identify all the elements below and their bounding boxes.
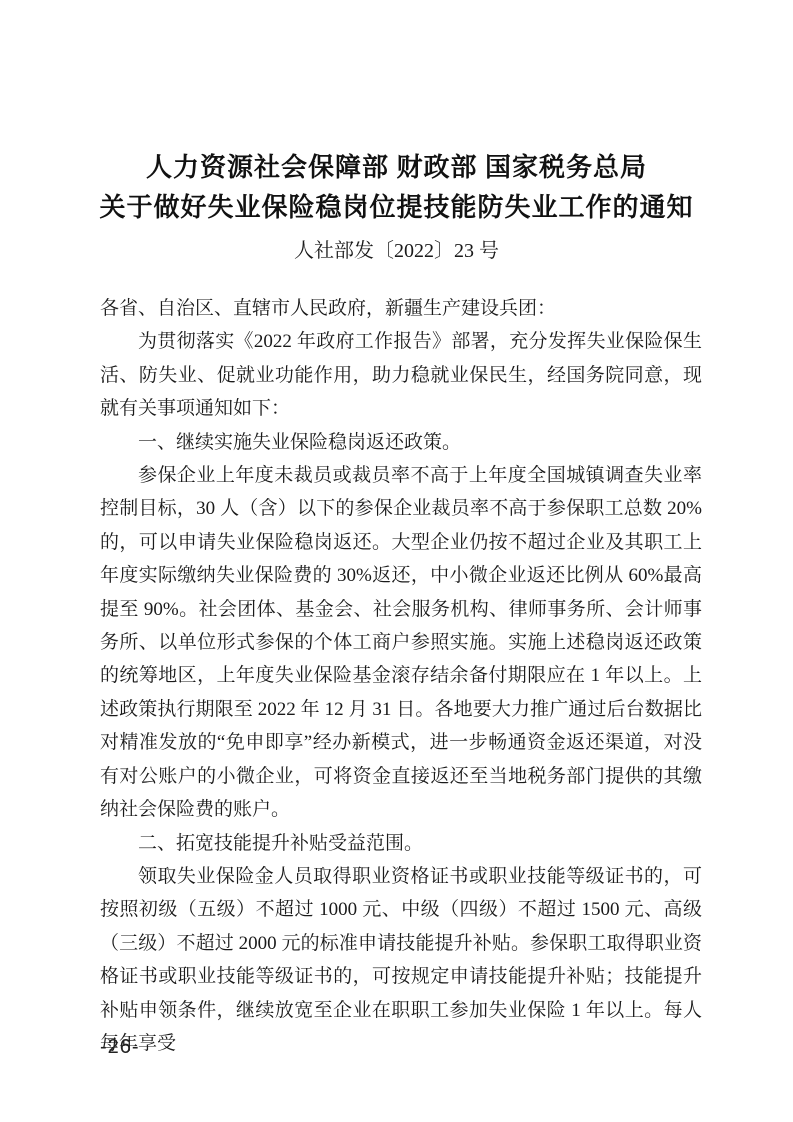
section-1-paragraph: 参保企业上年度未裁员或裁员率不高于上年度全国城镇调查失业率控制目标，30 人（含… bbox=[100, 459, 702, 826]
title-issuing-agencies: 人力资源社会保障部 财政部 国家税务总局 bbox=[0, 148, 793, 188]
page-number: -26- bbox=[100, 1036, 140, 1059]
section-1-heading: 一、继续实施失业保险稳岗返还政策。 bbox=[100, 426, 702, 459]
intro-paragraph: 为贯彻落实《2022 年政府工作报告》部署，充分发挥失业保险保生活、防失业、促就… bbox=[100, 325, 702, 425]
document-body: 各省、自治区、直辖市人民政府，新疆生产建设兵团： 为贯彻落实《2022 年政府工… bbox=[100, 292, 702, 1060]
document-header: 人力资源社会保障部 财政部 国家税务总局 关于做好失业保险稳岗位提技能防失业工作… bbox=[0, 0, 793, 266]
document-title: 人力资源社会保障部 财政部 国家税务总局 关于做好失业保险稳岗位提技能防失业工作… bbox=[0, 148, 793, 228]
document-reference-number: 人社部发〔2022〕23 号 bbox=[0, 236, 793, 266]
section-2-paragraph: 领取失业保险金人员取得职业资格证书或职业技能等级证书的，可按照初级（五级）不超过… bbox=[100, 860, 702, 1060]
salutation-line: 各省、自治区、直辖市人民政府，新疆生产建设兵团： bbox=[100, 292, 702, 325]
title-subject: 关于做好失业保险稳岗位提技能防失业工作的通知 bbox=[0, 188, 793, 228]
document-page: 人力资源社会保障部 财政部 国家税务总局 关于做好失业保险稳岗位提技能防失业工作… bbox=[0, 0, 793, 1122]
section-2-heading: 二、拓宽技能提升补贴受益范围。 bbox=[100, 827, 702, 860]
